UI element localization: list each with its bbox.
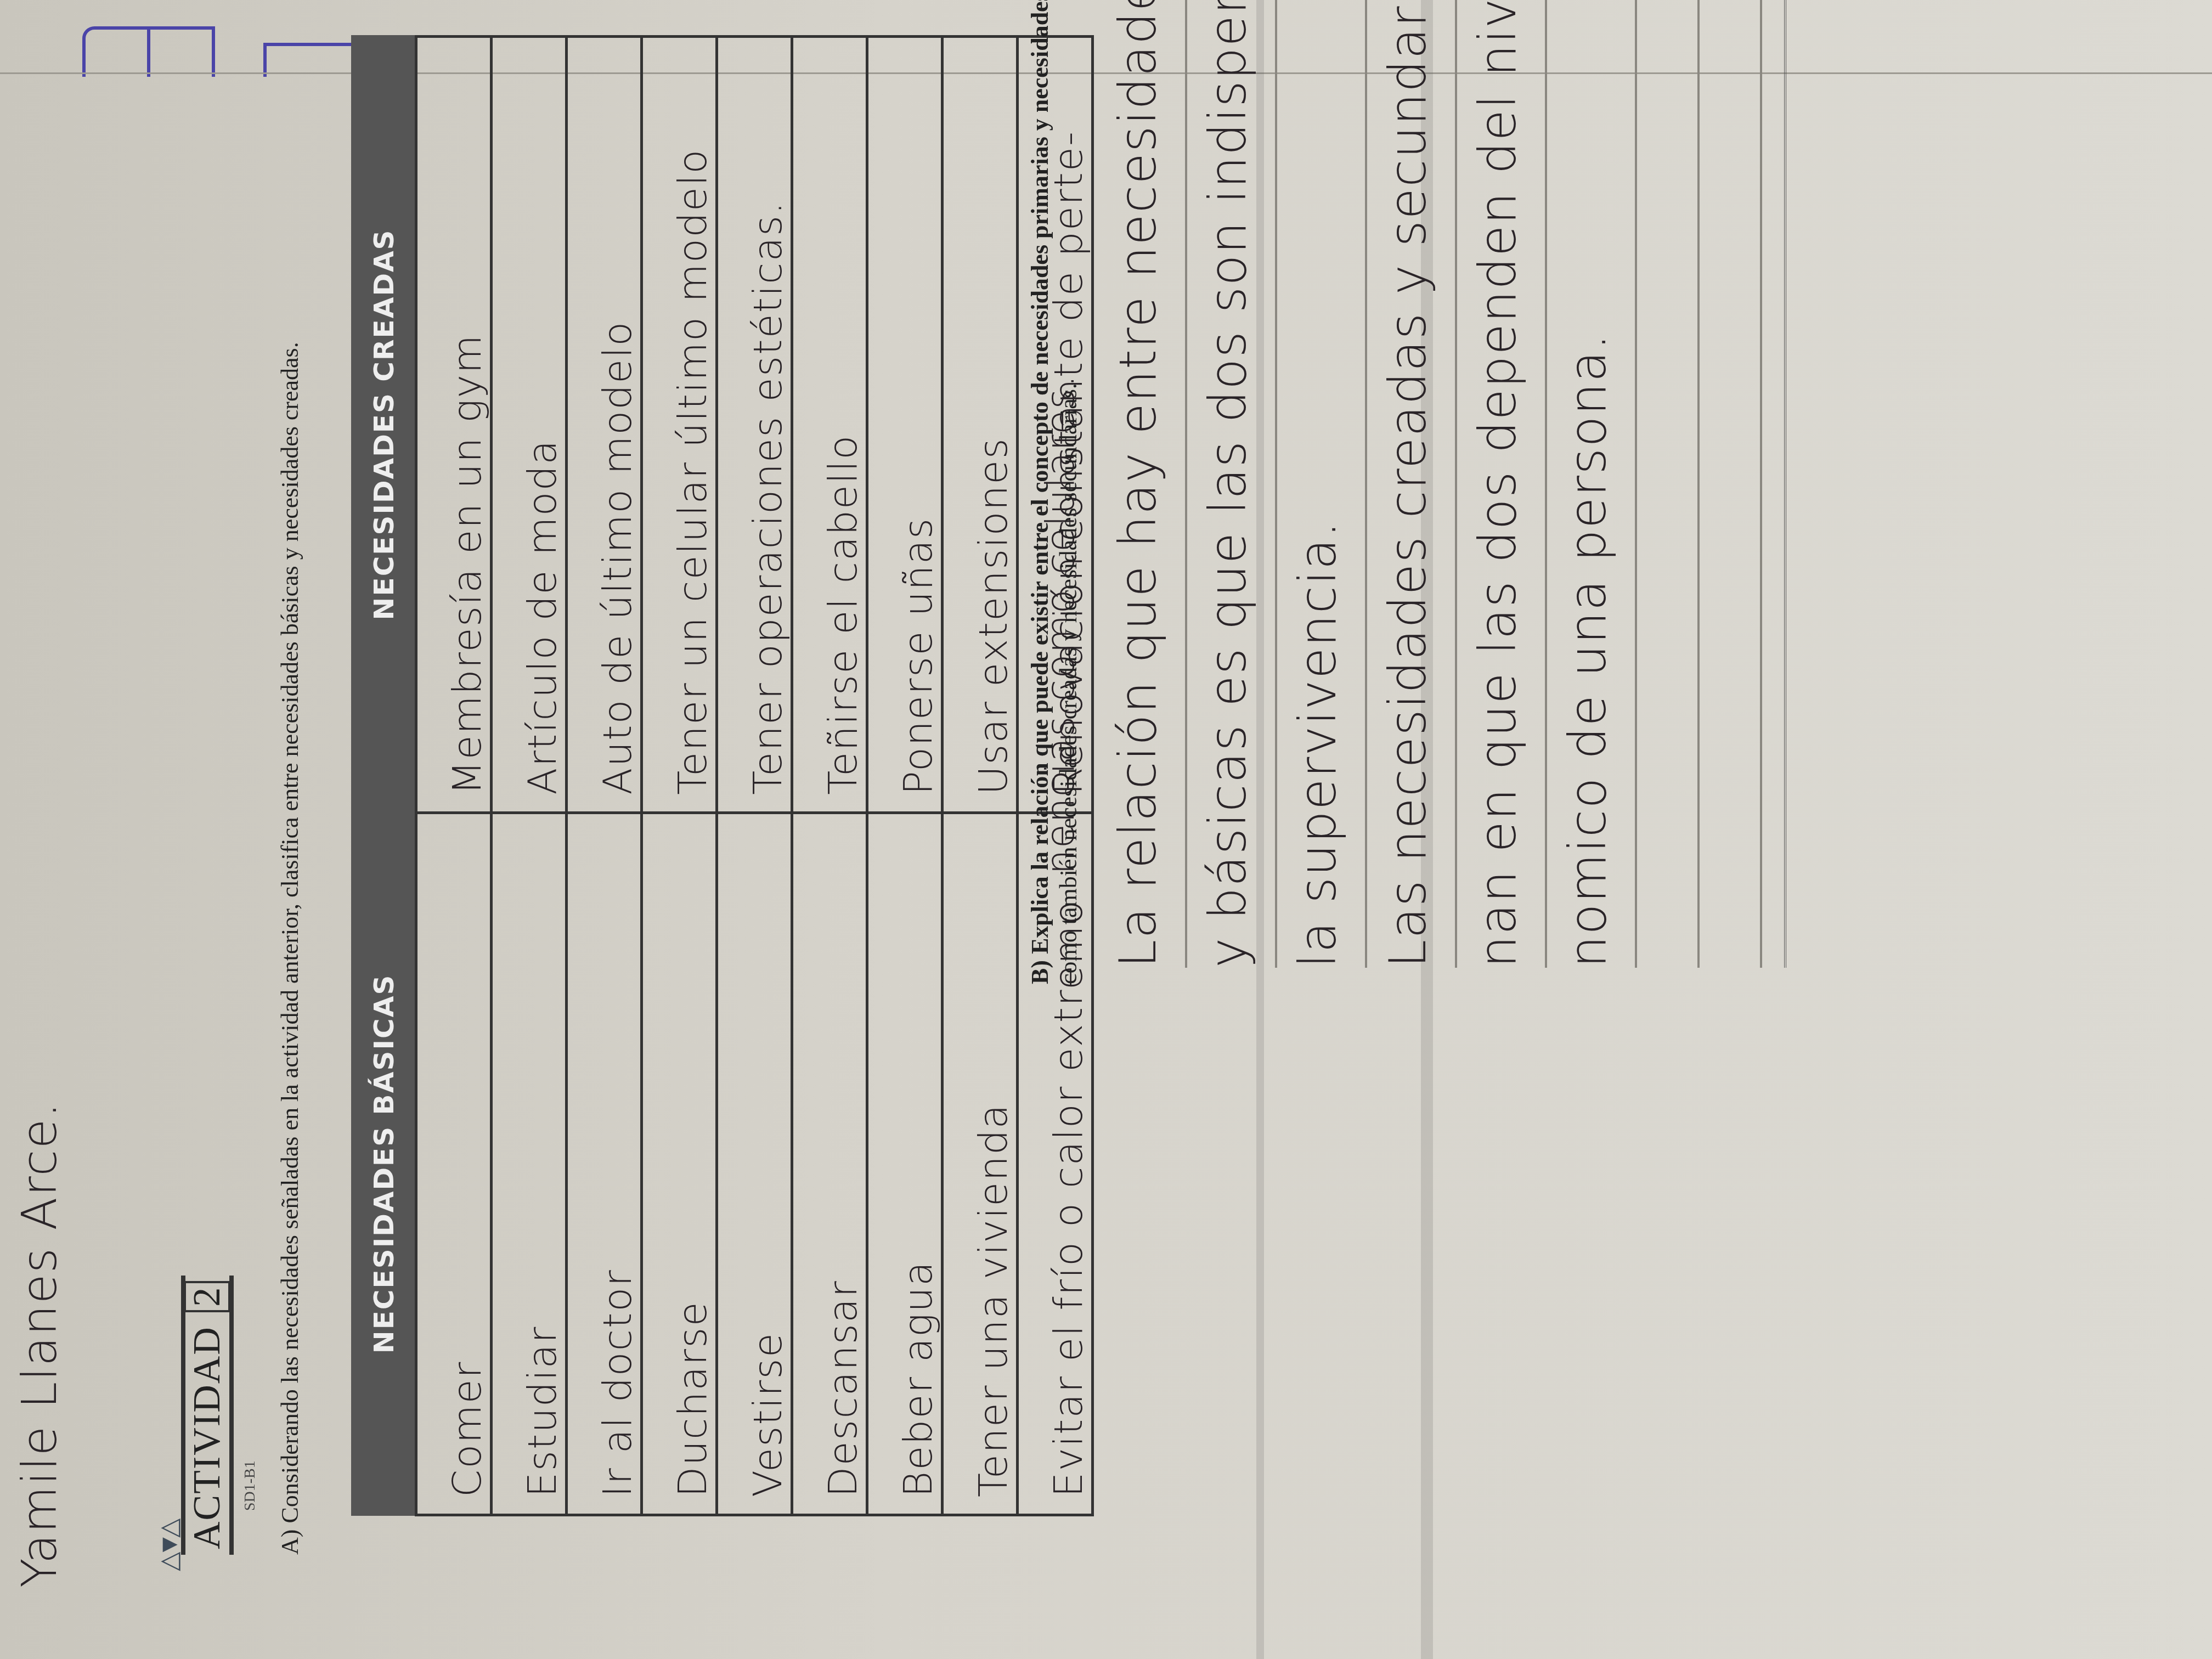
created-need-cell: Membresía en un gym (416, 37, 492, 813)
section-a-instructions: A) Considerando las necesidades señalada… (274, 84, 306, 1555)
header-basic-needs: NECESIDADES BÁSICAS (352, 812, 416, 1515)
answer-line: nomico de una persona. (1547, 0, 1637, 968)
section-a-label: A) (276, 1530, 303, 1555)
answer-line: nan en que las dos dependen del nivel so… (1457, 0, 1547, 968)
section-b-instructions: B) Explica la relación que puede existir… (1026, 0, 1083, 984)
section-b-answer: La relación que hay entre necesidades pr… (1097, 0, 1786, 968)
activity-code: SD1-B1 (241, 1460, 259, 1511)
table-row: EstudiarArtículo de moda (492, 37, 567, 1515)
section-a-text: Considerando las necesidades señaladas e… (276, 342, 303, 1523)
section-b-label: B) (1026, 960, 1053, 984)
basic-need-cell: Tener una vivienda (943, 812, 1018, 1515)
table-row: Tener una viviendaUsar extensiones (943, 37, 1018, 1515)
student-name: Yamile Llanes Arce. (11, 1102, 67, 1588)
activity-title: ACTIVIDAD 2 (181, 1276, 234, 1555)
created-need-cell: Tener un celular último modelo (642, 37, 717, 813)
created-need-cell: Usar extensiones (943, 37, 1018, 813)
basic-need-cell: Beber agua (867, 812, 943, 1515)
basic-need-cell: Descansar (792, 812, 867, 1515)
blank-ruled-line (1637, 0, 1700, 968)
table-row: VestirseTener operaciones estéticas. (717, 37, 792, 1515)
created-need-cell: Ponerse uñas (867, 37, 943, 813)
basic-need-cell: Comer (416, 812, 492, 1515)
blank-ruled-line (1700, 0, 1762, 968)
table-row: ComerMembresía en un gym (416, 37, 492, 1515)
created-need-cell: Auto de último modelo (567, 37, 642, 813)
table-row: DucharseTener un celular último modelo (642, 37, 717, 1515)
answer-line: Las necesidades creadas y secundarias se… (1367, 0, 1457, 968)
triangles-logo-icon: △▼△ (154, 1524, 183, 1571)
answer-line: la supervivencia. (1277, 0, 1367, 968)
activity-number: 2 (184, 1281, 230, 1312)
basic-need-cell: Ir al doctor (567, 812, 642, 1515)
activity-header: △▼△ ACTIVIDAD 2 SD1-B1 (181, 1276, 234, 1555)
table-row: DescansarTeñirse el cabello (792, 37, 867, 1515)
worksheet: Yamile Llanes Arce. △▼△ ACTIVIDAD 2 SD1-… (0, 0, 2212, 1659)
table-row: Ir al doctorAuto de último modelo (567, 37, 642, 1515)
table-row: Beber aguaPonerse uñas (867, 37, 943, 1515)
needs-table: NECESIDADES BÁSICAS NECESIDADES CREADAS … (351, 35, 1094, 1516)
created-need-cell: Teñirse el cabello (792, 37, 867, 813)
answer-line: La relación que hay entre necesidades pr… (1097, 0, 1187, 968)
section-b-text-bold: Explica la relación que puede existir en… (1026, 0, 1053, 954)
basic-need-cell: Ducharse (642, 812, 717, 1515)
section-b-text-rest: como también necesidades creadas y neces… (1055, 383, 1082, 984)
double-rule (1762, 0, 1786, 968)
basic-need-cell: Vestirse (717, 812, 792, 1515)
created-need-cell: Artículo de moda (492, 37, 567, 813)
created-need-cell: Tener operaciones estéticas. (717, 37, 792, 813)
header-created-needs: NECESIDADES CREADAS (352, 37, 416, 813)
basic-need-cell: Estudiar (492, 812, 567, 1515)
answer-line: y básicas es que las dos son indispensab… (1187, 0, 1277, 968)
